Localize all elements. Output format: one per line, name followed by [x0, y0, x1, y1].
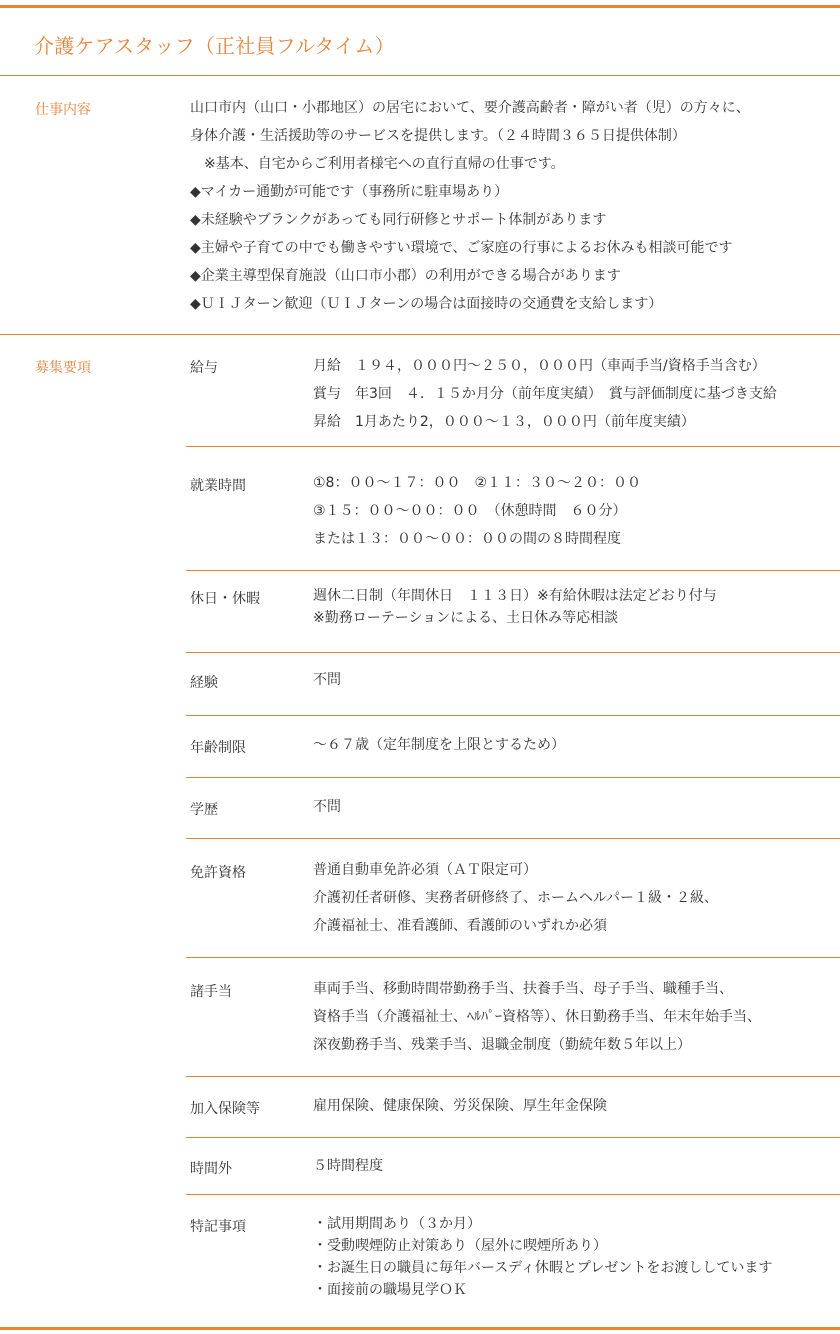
working-hours-line: または１３：００～００：００の間の８時間程度	[313, 525, 641, 553]
special-notes-line: ・面接前の職場見学ＯＫ	[313, 1279, 772, 1301]
bottom-border	[0, 1327, 840, 1330]
row-divider	[186, 715, 840, 716]
row-value-experience: 不問	[313, 666, 341, 694]
row-divider	[186, 957, 840, 958]
allowances-line: 深夜勤務手当、残業手当、退職金制度（勤続年数５年以上）	[313, 1031, 761, 1059]
row-divider	[186, 570, 840, 571]
row-divider	[186, 1194, 840, 1195]
row-value-overtime: ５時間程度	[313, 1152, 383, 1180]
row-value-holidays: 週休二日制（年間休日 １１３日）※有給休暇は法定どおり付与 ※勤務ローテーション…	[313, 585, 717, 629]
section-label-requirements: 募集要項	[35, 357, 91, 377]
row-divider	[186, 446, 840, 447]
education-line: 不問	[313, 793, 341, 821]
row-label-experience: 経験	[190, 672, 218, 692]
row-label-salary: 給与	[190, 357, 218, 377]
overtime-line: ５時間程度	[313, 1152, 383, 1180]
row-value-education: 不問	[313, 793, 341, 821]
special-notes-line: ・試用期間あり（３か月）	[313, 1213, 772, 1235]
row-label-allowances: 諸手当	[190, 981, 232, 1001]
salary-line: 賞与 年3回 ４．１５か月分（前年度実績） 賞与評価制度に基づき支給	[313, 380, 777, 408]
experience-line: 不問	[313, 666, 341, 694]
insurance-line: 雇用保険、健康保険、労災保険、厚生年金保険	[313, 1092, 607, 1120]
license-line: 介護福祉士、准看護師、看護師のいずれか必須	[313, 912, 718, 940]
row-label-special-notes: 特記事項	[190, 1216, 246, 1236]
job-description-line: ◆マイカー通勤が可能です（事務所に駐車場あり）	[190, 178, 750, 206]
job-description-line: ◆主婦や子育ての中でも働きやすい環境で、ご家庭の行事によるお休みも相談可能です	[190, 234, 750, 262]
job-description-line: 山口市内（山口・小郡地区）の居宅において、要介護高齢者・障がい者（児）の方々に、	[190, 94, 750, 122]
row-label-holidays: 休日・休暇	[190, 588, 260, 608]
salary-line: 月給 １９４，０００円～２５０，０００円（車両手当/資格手当含む）	[313, 352, 777, 380]
section-divider	[0, 334, 840, 335]
row-label-education: 学歴	[190, 799, 218, 819]
row-label-age-limit: 年齢制限	[190, 737, 246, 757]
row-label-license: 免許資格	[190, 862, 246, 882]
row-divider	[186, 1137, 840, 1138]
row-label-working-hours: 就業時間	[190, 475, 246, 495]
title-divider	[0, 75, 840, 76]
row-divider	[186, 652, 840, 653]
job-description-line: ◆企業主導型保育施設（山口市小郡）の利用ができる場合があります	[190, 262, 750, 290]
row-value-insurance: 雇用保険、健康保険、労災保険、厚生年金保険	[313, 1092, 607, 1120]
row-label-overtime: 時間外	[190, 1158, 232, 1178]
job-description-line: 身体介護・生活援助等のサービスを提供します。（２４時間３６５日提供体制）	[190, 122, 750, 150]
working-hours-line: ③１５：００～００：００ （休憩時間 ６０分）	[313, 497, 641, 525]
license-line: 介護初任者研修、実務者研修終了、ホームヘルパー１級・２級、	[313, 884, 718, 912]
salary-line: 昇給 1月あたり2，０００～１３，０００円（前年度実績）	[313, 408, 777, 436]
holidays-line: ※勤務ローテーションによる、土日休み等応相談	[313, 607, 717, 629]
age-limit-line: ～６７歳（定年制度を上限とするため）	[313, 731, 565, 759]
top-border	[0, 5, 840, 8]
page-title: 介護ケアスタッフ（正社員フルタイム）	[34, 30, 395, 59]
job-description-line: ※基本、自宅からご利用者様宅への直行直帰の仕事です。	[190, 150, 750, 178]
holidays-line: 週休二日制（年間休日 １１３日）※有給休暇は法定どおり付与	[313, 585, 717, 607]
job-description-line: ◆ＵＩＪターン歓迎（ＵＩＪターンの場合は面接時の交通費を支給します）	[190, 290, 750, 318]
section-label-job-description: 仕事内容	[35, 99, 91, 119]
row-label-insurance: 加入保険等	[190, 1098, 260, 1118]
allowances-line: 車両手当、移動時間帯勤務手当、扶養手当、母子手当、職種手当、	[313, 975, 761, 1003]
license-line: 普通自動車免許必須（ＡＴ限定可）	[313, 856, 718, 884]
row-divider	[186, 838, 840, 839]
row-value-special-notes: ・試用期間あり（３か月） ・受動喫煙防止対策あり（屋外に喫煙所あり） ・お誕生日…	[313, 1213, 772, 1301]
working-hours-line: ①8：００～１７：００ ②１１：３０～２０：００	[313, 469, 641, 497]
row-value-license: 普通自動車免許必須（ＡＴ限定可） 介護初任者研修、実務者研修終了、ホームヘルパー…	[313, 856, 718, 940]
row-value-age-limit: ～６７歳（定年制度を上限とするため）	[313, 731, 565, 759]
allowances-line: 資格手当（介護福祉士、ﾍﾙﾊﾟｰ資格等）、休日勤務手当、年末年始手当、	[313, 1003, 761, 1031]
row-value-working-hours: ①8：００～１７：００ ②１１：３０～２０：００ ③１５：００～００：００ （休…	[313, 469, 641, 553]
row-value-salary: 月給 １９４，０００円～２５０，０００円（車両手当/資格手当含む） 賞与 年3回…	[313, 352, 777, 436]
job-description-line: ◆未経験やブランクがあっても同行研修とサポート体制があります	[190, 206, 750, 234]
job-description-body: 山口市内（山口・小郡地区）の居宅において、要介護高齢者・障がい者（児）の方々に、…	[190, 94, 750, 318]
special-notes-line: ・受動喫煙防止対策あり（屋外に喫煙所あり）	[313, 1235, 772, 1257]
row-value-allowances: 車両手当、移動時間帯勤務手当、扶養手当、母子手当、職種手当、 資格手当（介護福祉…	[313, 975, 761, 1059]
special-notes-line: ・お誕生日の職員に毎年バースディ休暇とプレゼントをお渡ししています	[313, 1257, 772, 1279]
row-divider	[186, 1076, 840, 1077]
row-divider	[186, 777, 840, 778]
